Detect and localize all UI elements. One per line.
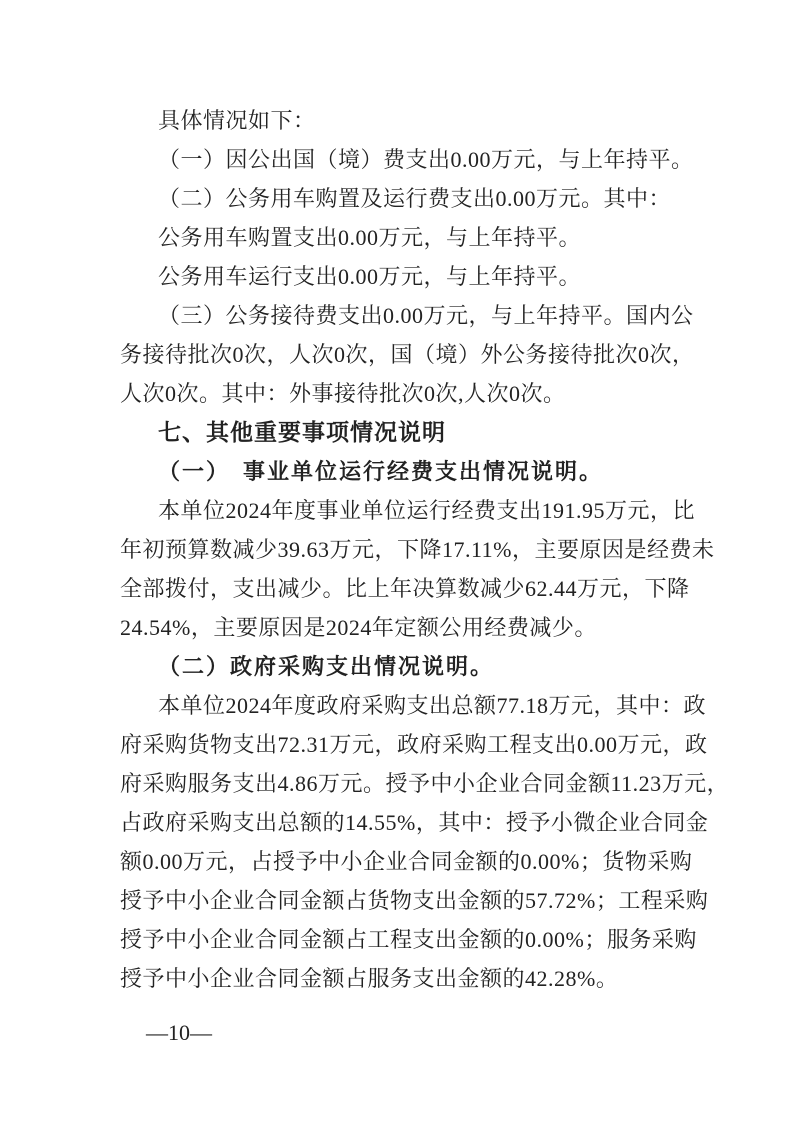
text-line: 人次0次。其中：外事接待批次0次,人次0次。 [120, 374, 705, 413]
document-body: 具体情况如下： （一）因公出国（境）费支出0.00万元，与上年持平。 （二）公务… [120, 101, 705, 998]
text-line: 公务用车购置支出0.00万元，与上年持平。 [120, 218, 705, 257]
text-line: （二）公务用车购置及运行费支出0.00万元。其中： [120, 179, 705, 218]
text-line: 授予中小企业合同金额占工程支出金额的0.00%；服务采购 [120, 920, 705, 959]
document-page: 具体情况如下： （一）因公出国（境）费支出0.00万元，与上年持平。 （二）公务… [0, 0, 800, 1131]
text-line: 本单位2024年度事业单位运行经费支出191.95万元，比 [120, 491, 705, 530]
text-line: （一）因公出国（境）费支出0.00万元，与上年持平。 [120, 140, 705, 179]
text-line: 公务用车运行支出0.00万元，与上年持平。 [120, 257, 705, 296]
section-heading: 七、其他重要事项情况说明 [120, 413, 705, 452]
text-line: （三）公务接待费支出0.00万元，与上年持平。国内公 [120, 296, 705, 335]
subsection-heading: （一） 事业单位运行经费支出情况说明。 [120, 452, 705, 491]
text-line: 务接待批次0次，人次0次，国（境）外公务接待批次0次， [120, 335, 705, 374]
text-line: 额0.00万元，占授予中小企业合同金额的0.00%；货物采购 [120, 842, 705, 881]
text-line: 授予中小企业合同金额占服务支出金额的42.28%。 [120, 959, 705, 998]
text-line: 全部拨付，支出减少。比上年决算数减少62.44万元，下降 [120, 569, 705, 608]
text-line: 占政府采购支出总额的14.55%，其中：授予小微企业合同金 [120, 803, 705, 842]
text-line: 府采购服务支出4.86万元。授予中小企业合同金额11.23万元， [120, 764, 705, 803]
text-line: 授予中小企业合同金额占货物支出金额的57.72%；工程采购 [120, 881, 705, 920]
subsection-heading: （二）政府采购支出情况说明。 [120, 647, 705, 686]
text-line: 年初预算数减少39.63万元，下降17.11%，主要原因是经费未 [120, 530, 705, 569]
text-line: 具体情况如下： [120, 101, 705, 140]
text-line: 24.54%，主要原因是2024年定额公用经费减少。 [120, 608, 705, 647]
page-number: —10— [146, 1020, 212, 1046]
text-line: 本单位2024年度政府采购支出总额77.18万元，其中：政 [120, 686, 705, 725]
text-line: 府采购货物支出72.31万元，政府采购工程支出0.00万元，政 [120, 725, 705, 764]
